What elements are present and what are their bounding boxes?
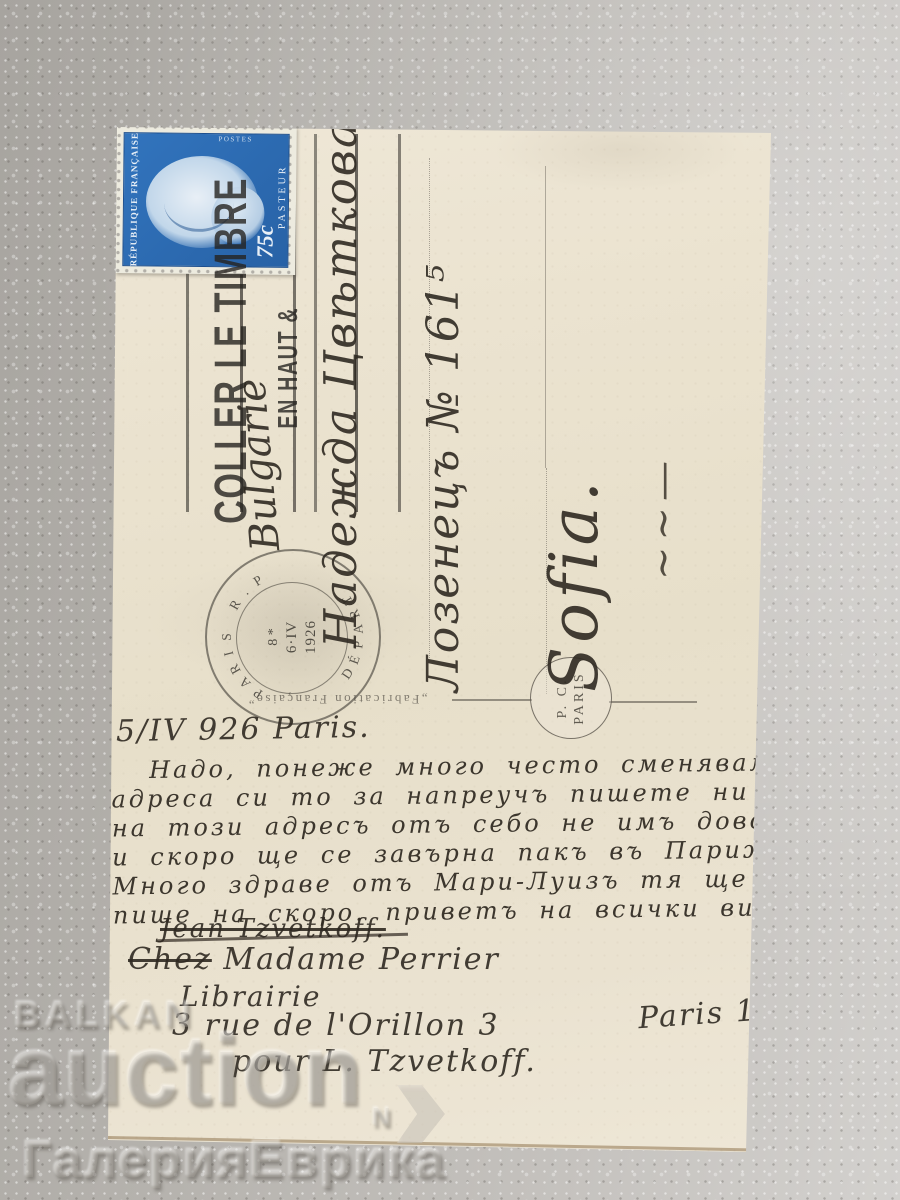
sender-chez-word: Chez <box>128 942 212 977</box>
sender-addressee: Madame Perrier <box>223 942 499 977</box>
address-street: Лозенецъ № 161⁵ <box>418 110 514 692</box>
message-dateline: 5/IV 926 Paris. <box>116 710 371 749</box>
card-bottom-edge <box>108 1136 750 1151</box>
stamp-country-text: RÉPUBLIQUE FRANÇAISE <box>127 133 140 265</box>
handwritten-address-block: Bulgarie Надежда Цвѣткова Лозенецъ № 161… <box>220 110 720 700</box>
printed-divider-line <box>609 701 697 703</box>
handwritten-message: Надо, понеже много често сменявамъ адрес… <box>111 748 842 931</box>
photo-of-postcard: „Fabrication Française” P. C. PARIS RÉPU… <box>0 0 900 1200</box>
sender-city: Paris 11. <box>637 991 790 1036</box>
sender-for-line: pour L. Tzvetkoff. <box>232 1044 537 1079</box>
address-name: Надежда Цвѣткова <box>314 110 406 648</box>
sender-addressee-line: Chez Madame Perrier <box>128 942 500 977</box>
sender-street: 3 rue de l'Orillon 3 <box>172 1008 500 1043</box>
address-flourish: ∼∼— <box>640 110 686 580</box>
address-city: Sofia. <box>536 110 646 692</box>
postcard-back: „Fabrication Française” P. C. PARIS RÉPU… <box>0 0 900 1200</box>
address-country: Bulgarie <box>205 107 329 553</box>
